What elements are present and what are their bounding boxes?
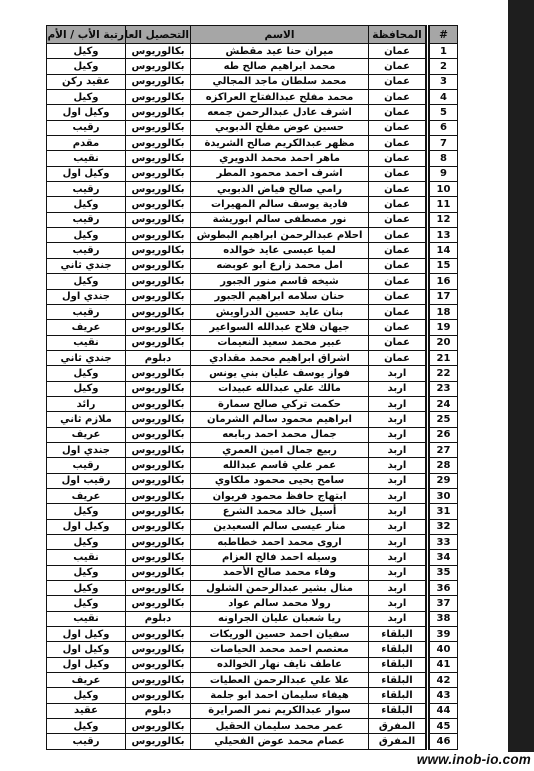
cell-name: نور مصطفى سالم ابوريشة: [191, 212, 369, 227]
cell-education: دبلوم: [126, 611, 191, 626]
cell-education: دبلوم: [126, 350, 191, 365]
table-row: 10 عمان رامي صالح فياض الدبوبي بكالوريوس…: [47, 182, 458, 197]
cell-name: اروى محمد احمد خطاطبه: [191, 535, 369, 550]
table-row: 23 اربد مالك علي عبدالله عبيدات بكالوريو…: [47, 381, 458, 396]
cell-name: ابتهاج حافظ محمود فريوان: [191, 488, 369, 503]
cell-education: بكالوريوس: [126, 581, 191, 596]
cell-governorate: اربد: [369, 473, 428, 488]
header-name: الاسم: [191, 26, 369, 44]
cell-name: رامي صالح فياض الدبوبي: [191, 182, 369, 197]
cell-governorate: اربد: [369, 381, 428, 396]
cell-rank: وكيل: [47, 688, 126, 703]
cell-rank: وكيل اول: [47, 627, 126, 642]
cell-education: بكالوريوس: [126, 627, 191, 642]
cell-number: 8: [428, 151, 458, 166]
cell-number: 39: [428, 627, 458, 642]
cell-number: 4: [428, 90, 458, 105]
cell-governorate: عمان: [369, 120, 428, 135]
cell-rank: عريف: [47, 488, 126, 503]
cell-number: 7: [428, 136, 458, 151]
cell-number: 38: [428, 611, 458, 626]
cell-education: بكالوريوس: [126, 182, 191, 197]
cell-governorate: اربد: [369, 550, 428, 565]
cell-governorate: البلقاء: [369, 673, 428, 688]
cell-education: بكالوريوس: [126, 412, 191, 427]
cell-name: منار عيسى سالم السعيدين: [191, 519, 369, 534]
cell-education: بكالوريوس: [126, 427, 191, 442]
cell-number: 46: [428, 734, 458, 750]
cell-name: علا علي عبدالرحمن العطيات: [191, 673, 369, 688]
cell-education: بكالوريوس: [126, 442, 191, 457]
table-row: 24 اربد حكمت تركي صالح سمارة بكالوريوس ر…: [47, 396, 458, 411]
cell-governorate: عمان: [369, 258, 428, 273]
cell-number: 31: [428, 504, 458, 519]
table-row: 4 عمان محمد مفلح عبدالفتاح العراكزه بكال…: [47, 90, 458, 105]
cell-education: بكالوريوس: [126, 488, 191, 503]
cell-number: 14: [428, 243, 458, 258]
table-row: 42 البلقاء علا علي عبدالرحمن العطيات بكا…: [47, 673, 458, 688]
cell-name: وفاء محمد صالح الأحمد: [191, 565, 369, 580]
cell-education: بكالوريوس: [126, 120, 191, 135]
cell-governorate: اربد: [369, 396, 428, 411]
cell-name: اشرف احمد محمود المطر: [191, 166, 369, 181]
cell-name: عمر محمد سليمان الحقيل: [191, 719, 369, 734]
cell-number: 16: [428, 274, 458, 289]
cell-number: 6: [428, 120, 458, 135]
cell-number: 43: [428, 688, 458, 703]
table-row: 21 عمان اشراق ابراهيم محمد مقدادي دبلوم …: [47, 350, 458, 365]
table-row: 43 البلقاء هيفاء سليمان احمد ابو جلمة بك…: [47, 688, 458, 703]
cell-name: هيفاء سليمان احمد ابو جلمة: [191, 688, 369, 703]
cell-education: بكالوريوس: [126, 734, 191, 750]
cell-name: حسين عوض مفلح الدبوبي: [191, 120, 369, 135]
cell-education: بكالوريوس: [126, 289, 191, 304]
cell-rank: وكيل اول: [47, 105, 126, 120]
cell-education: بكالوريوس: [126, 458, 191, 473]
cell-rank: رقيب: [47, 458, 126, 473]
cell-name: جمال محمد احمد ربابعه: [191, 427, 369, 442]
table-body: 1 عمان ميران حنا عيد مقطش بكالوريوس وكيل…: [47, 44, 458, 750]
cell-education: بكالوريوس: [126, 550, 191, 565]
cell-number: 24: [428, 396, 458, 411]
cell-number: 9: [428, 166, 458, 181]
cell-rank: وكيل: [47, 381, 126, 396]
cell-number: 42: [428, 673, 458, 688]
cell-rank: جندي ثاني: [47, 350, 126, 365]
cell-rank: رقيب: [47, 243, 126, 258]
cell-name: عاطف نايف نهار الخوالده: [191, 657, 369, 672]
cell-name: فواز يوسف عليان بني يونس: [191, 366, 369, 381]
cell-rank: رقيب: [47, 304, 126, 319]
cell-governorate: اربد: [369, 565, 428, 580]
cell-education: بكالوريوس: [126, 320, 191, 335]
header-governorate: المحافظة: [369, 26, 428, 44]
cell-number: 45: [428, 719, 458, 734]
cell-name: احلام عبدالرحمن ابراهيم البطوش: [191, 228, 369, 243]
table-row: 16 عمان شيخه قاسم منور الجبور بكالوريوس …: [47, 274, 458, 289]
cell-name: عبير محمد سعيد النعيمات: [191, 335, 369, 350]
table-row: 30 اربد ابتهاج حافظ محمود فريوان بكالوري…: [47, 488, 458, 503]
cell-governorate: عمان: [369, 44, 428, 59]
table-row: 37 اربد رولا محمد سالم عواد بكالوريوس وك…: [47, 596, 458, 611]
cell-name: جيهان فلاح عبدالله السواعير: [191, 320, 369, 335]
cell-governorate: البلقاء: [369, 627, 428, 642]
cell-rank: جندي اول: [47, 289, 126, 304]
cell-name: سفيان احمد حسين الوريكات: [191, 627, 369, 642]
cell-name: وسيله احمد فالح العزام: [191, 550, 369, 565]
cell-name: شيخه قاسم منور الجبور: [191, 274, 369, 289]
cell-number: 1: [428, 44, 458, 59]
table-header: # المحافظة الاسم التحصيل العلمى رتبة الأ…: [47, 26, 458, 44]
roster-table: # المحافظة الاسم التحصيل العلمى رتبة الأ…: [46, 25, 458, 750]
cell-name: فادية يوسف سالم المهيرات: [191, 197, 369, 212]
cell-education: بكالوريوس: [126, 136, 191, 151]
table-row: 35 اربد وفاء محمد صالح الأحمد بكالوريوس …: [47, 565, 458, 580]
cell-education: بكالوريوس: [126, 596, 191, 611]
cell-number: 36: [428, 581, 458, 596]
cell-rank: وكيل: [47, 565, 126, 580]
cell-number: 22: [428, 366, 458, 381]
cell-name: ابراهيم محمود سالم الشرمان: [191, 412, 369, 427]
cell-number: 40: [428, 642, 458, 657]
cell-governorate: عمان: [369, 166, 428, 181]
cell-governorate: المفرق: [369, 734, 428, 750]
cell-number: 34: [428, 550, 458, 565]
cell-education: بكالوريوس: [126, 688, 191, 703]
cell-governorate: اربد: [369, 611, 428, 626]
cell-name: امل محمد زارع ابو عوبضه: [191, 258, 369, 273]
cell-number: 29: [428, 473, 458, 488]
cell-number: 21: [428, 350, 458, 365]
table-row: 6 عمان حسين عوض مفلح الدبوبي بكالوريوس ر…: [47, 120, 458, 135]
cell-education: بكالوريوس: [126, 657, 191, 672]
cell-rank: وكيل: [47, 535, 126, 550]
cell-education: بكالوريوس: [126, 228, 191, 243]
cell-name: ماهر احمد محمد الدويري: [191, 151, 369, 166]
cell-number: 17: [428, 289, 458, 304]
cell-rank: رقيب: [47, 120, 126, 135]
cell-education: بكالوريوس: [126, 535, 191, 550]
cell-rank: رقيب: [47, 734, 126, 750]
header-rank: رتبة الأب / الأم: [47, 26, 126, 44]
cell-governorate: اربد: [369, 458, 428, 473]
table-row: 25 اربد ابراهيم محمود سالم الشرمان بكالو…: [47, 412, 458, 427]
cell-number: 35: [428, 565, 458, 580]
cell-rank: وكيل: [47, 228, 126, 243]
cell-number: 32: [428, 519, 458, 534]
cell-education: بكالوريوس: [126, 381, 191, 396]
cell-rank: جندي اول: [47, 442, 126, 457]
cell-governorate: عمان: [369, 105, 428, 120]
cell-rank: وكيل: [47, 581, 126, 596]
cell-education: بكالوريوس: [126, 59, 191, 74]
cell-number: 30: [428, 488, 458, 503]
cell-name: رولا محمد سالم عواد: [191, 596, 369, 611]
cell-rank: عقيد: [47, 703, 126, 718]
table-row: 9 عمان اشرف احمد محمود المطر بكالوريوس و…: [47, 166, 458, 181]
cell-number: 18: [428, 304, 458, 319]
cell-education: بكالوريوس: [126, 473, 191, 488]
table-row: 45 المفرق عمر محمد سليمان الحقيل بكالوري…: [47, 719, 458, 734]
cell-name: مالك علي عبدالله عبيدات: [191, 381, 369, 396]
cell-number: 23: [428, 381, 458, 396]
cell-education: بكالوريوس: [126, 719, 191, 734]
cell-governorate: عمان: [369, 74, 428, 89]
cell-governorate: عمان: [369, 289, 428, 304]
table-row: 2 عمان محمد ابراهيم صالح طه بكالوريوس وك…: [47, 59, 458, 74]
cell-education: بكالوريوس: [126, 197, 191, 212]
cell-rank: وكيل اول: [47, 657, 126, 672]
cell-governorate: اربد: [369, 442, 428, 457]
cell-number: 41: [428, 657, 458, 672]
cell-name: محمد ابراهيم صالح طه: [191, 59, 369, 74]
cell-governorate: اربد: [369, 519, 428, 534]
cell-rank: وكيل: [47, 366, 126, 381]
cell-rank: وكيل: [47, 197, 126, 212]
header-education: التحصيل العلمى: [126, 26, 191, 44]
cell-rank: عقيد ركن: [47, 74, 126, 89]
cell-rank: وكيل: [47, 44, 126, 59]
cell-name: ريا شعبان عليان الجراونه: [191, 611, 369, 626]
cell-governorate: اربد: [369, 366, 428, 381]
cell-governorate: عمان: [369, 228, 428, 243]
cell-name: سامح يحيى محمود ملكاوي: [191, 473, 369, 488]
cell-number: 11: [428, 197, 458, 212]
cell-education: بكالوريوس: [126, 44, 191, 59]
cell-education: بكالوريوس: [126, 90, 191, 105]
watermark-text: www.inob-io.com: [417, 752, 531, 767]
table-row: 14 عمان لميا عيسى عايد خوالده بكالوريوس …: [47, 243, 458, 258]
header-row: # المحافظة الاسم التحصيل العلمى رتبة الأ…: [47, 26, 458, 44]
table-row: 12 عمان نور مصطفى سالم ابوريشة بكالوريوس…: [47, 212, 458, 227]
cell-number: 33: [428, 535, 458, 550]
cell-education: بكالوريوس: [126, 519, 191, 534]
cell-governorate: عمان: [369, 182, 428, 197]
cell-rank: وكيل: [47, 274, 126, 289]
cell-rank: نقيب: [47, 151, 126, 166]
table-row: 7 عمان مظهر عبدالكريم صالح الشريدة بكالو…: [47, 136, 458, 151]
cell-governorate: البلقاء: [369, 688, 428, 703]
cell-education: بكالوريوس: [126, 366, 191, 381]
cell-governorate: اربد: [369, 596, 428, 611]
cell-rank: وكيل: [47, 59, 126, 74]
cell-governorate: عمان: [369, 212, 428, 227]
table-row: 17 عمان حنان سلامه ابراهيم الجبور بكالور…: [47, 289, 458, 304]
cell-name: معتصم احمد محمد الحياصات: [191, 642, 369, 657]
cell-name: لميا عيسى عايد خوالده: [191, 243, 369, 258]
cell-education: بكالوريوس: [126, 243, 191, 258]
table-row: 1 عمان ميران حنا عيد مقطش بكالوريوس وكيل: [47, 44, 458, 59]
cell-number: 3: [428, 74, 458, 89]
cell-number: 13: [428, 228, 458, 243]
cell-number: 25: [428, 412, 458, 427]
table-row: 20 عمان عبير محمد سعيد النعيمات بكالوريو…: [47, 335, 458, 350]
cell-education: بكالوريوس: [126, 166, 191, 181]
cell-rank: عريف: [47, 320, 126, 335]
cell-education: بكالوريوس: [126, 565, 191, 580]
cell-education: بكالوريوس: [126, 105, 191, 120]
table-row: 31 اربد أسيل خالد محمد الشرع بكالوريوس و…: [47, 504, 458, 519]
table-row: 46 المفرق عصام محمد عوض الفحيلي بكالوريو…: [47, 734, 458, 750]
cell-name: عمر علي قاسم عبدالله: [191, 458, 369, 473]
cell-name: بنان عايد حسين الدراويش: [191, 304, 369, 319]
table-row: 41 البلقاء عاطف نايف نهار الخوالده بكالو…: [47, 657, 458, 672]
cell-name: سوار عبدالكريم نمر الصرايرة: [191, 703, 369, 718]
cell-number: 15: [428, 258, 458, 273]
cell-governorate: البلقاء: [369, 703, 428, 718]
cell-name: مظهر عبدالكريم صالح الشريدة: [191, 136, 369, 151]
cell-rank: مقدم: [47, 136, 126, 151]
table-row: 28 اربد عمر علي قاسم عبدالله بكالوريوس ر…: [47, 458, 458, 473]
cell-education: بكالوريوس: [126, 304, 191, 319]
cell-number: 10: [428, 182, 458, 197]
table-row: 38 اربد ريا شعبان عليان الجراونه دبلوم ن…: [47, 611, 458, 626]
cell-number: 44: [428, 703, 458, 718]
cell-rank: وكيل: [47, 504, 126, 519]
cell-name: ربيع جمال امين العمري: [191, 442, 369, 457]
cell-governorate: عمان: [369, 59, 428, 74]
cell-rank: وكيل اول: [47, 519, 126, 534]
table-row: 8 عمان ماهر احمد محمد الدويري بكالوريوس …: [47, 151, 458, 166]
table-row: 13 عمان احلام عبدالرحمن ابراهيم البطوش ب…: [47, 228, 458, 243]
cell-name: عصام محمد عوض الفحيلي: [191, 734, 369, 750]
cell-education: بكالوريوس: [126, 74, 191, 89]
cell-governorate: عمان: [369, 136, 428, 151]
cell-number: 2: [428, 59, 458, 74]
cell-name: اشرف عادل عبدالرحمن جمعه: [191, 105, 369, 120]
table-row: 22 اربد فواز يوسف عليان بني يونس بكالوري…: [47, 366, 458, 381]
cell-education: بكالوريوس: [126, 274, 191, 289]
cell-name: أسيل خالد محمد الشرع: [191, 504, 369, 519]
table-row: 44 البلقاء سوار عبدالكريم نمر الصرايرة د…: [47, 703, 458, 718]
cell-rank: نقيب: [47, 611, 126, 626]
cell-governorate: اربد: [369, 504, 428, 519]
cell-governorate: اربد: [369, 427, 428, 442]
cell-education: دبلوم: [126, 703, 191, 718]
cell-rank: رائد: [47, 396, 126, 411]
cell-education: بكالوريوس: [126, 673, 191, 688]
cell-governorate: اربد: [369, 581, 428, 596]
cell-education: بكالوريوس: [126, 642, 191, 657]
cell-rank: عريف: [47, 673, 126, 688]
cell-rank: وكيل: [47, 596, 126, 611]
cell-governorate: عمان: [369, 90, 428, 105]
cell-education: بكالوريوس: [126, 151, 191, 166]
cell-rank: نقيب: [47, 335, 126, 350]
cell-governorate: المفرق: [369, 719, 428, 734]
table-row: 29 اربد سامح يحيى محمود ملكاوي بكالوريوس…: [47, 473, 458, 488]
cell-rank: عريف: [47, 427, 126, 442]
cell-governorate: عمان: [369, 243, 428, 258]
cell-rank: وكيل: [47, 90, 126, 105]
table-row: 11 عمان فادية يوسف سالم المهيرات بكالوري…: [47, 197, 458, 212]
table-row: 18 عمان بنان عايد حسين الدراويش بكالوريو…: [47, 304, 458, 319]
cell-name: حكمت تركي صالح سمارة: [191, 396, 369, 411]
cell-number: 12: [428, 212, 458, 227]
cell-governorate: البلقاء: [369, 642, 428, 657]
table-row: 3 عمان محمد سلطان ماجد المجالي بكالوريوس…: [47, 74, 458, 89]
cell-number: 28: [428, 458, 458, 473]
cell-governorate: عمان: [369, 350, 428, 365]
cell-rank: وكيل اول: [47, 166, 126, 181]
table-row: 32 اربد منار عيسى سالم السعيدين بكالوريو…: [47, 519, 458, 534]
cell-rank: رقيب اول: [47, 473, 126, 488]
table-row: 34 اربد وسيله احمد فالح العزام بكالوريوس…: [47, 550, 458, 565]
cell-name: منال بشير عبدالرحمن الشلول: [191, 581, 369, 596]
cell-name: ميران حنا عيد مقطش: [191, 44, 369, 59]
table-row: 5 عمان اشرف عادل عبدالرحمن جمعه بكالوريو…: [47, 105, 458, 120]
cell-name: اشراق ابراهيم محمد مقدادي: [191, 350, 369, 365]
cell-rank: جندي ثاني: [47, 258, 126, 273]
table-row: 40 البلقاء معتصم احمد محمد الحياصات بكال…: [47, 642, 458, 657]
table-row: 26 اربد جمال محمد احمد ربابعه بكالوريوس …: [47, 427, 458, 442]
table-row: 39 البلقاء سفيان احمد حسين الوريكات بكال…: [47, 627, 458, 642]
table-row: 33 اربد اروى محمد احمد خطاطبه بكالوريوس …: [47, 535, 458, 550]
cell-rank: رقيب: [47, 182, 126, 197]
cell-governorate: عمان: [369, 274, 428, 289]
cell-rank: وكيل اول: [47, 642, 126, 657]
cell-number: 27: [428, 442, 458, 457]
cell-education: بكالوريوس: [126, 258, 191, 273]
cell-number: 5: [428, 105, 458, 120]
cell-governorate: اربد: [369, 488, 428, 503]
cell-governorate: اربد: [369, 412, 428, 427]
cell-name: حنان سلامه ابراهيم الجبور: [191, 289, 369, 304]
cell-education: بكالوريوس: [126, 504, 191, 519]
cell-rank: رقيب: [47, 212, 126, 227]
cell-governorate: عمان: [369, 304, 428, 319]
cell-number: 19: [428, 320, 458, 335]
cell-governorate: البلقاء: [369, 657, 428, 672]
cell-rank: وكيل: [47, 719, 126, 734]
cell-governorate: عمان: [369, 320, 428, 335]
scan-edge-strip: [508, 0, 534, 752]
cell-number: 37: [428, 596, 458, 611]
cell-governorate: عمان: [369, 335, 428, 350]
cell-number: 20: [428, 335, 458, 350]
cell-governorate: اربد: [369, 535, 428, 550]
cell-governorate: عمان: [369, 197, 428, 212]
table-row: 19 عمان جيهان فلاح عبدالله السواعير بكال…: [47, 320, 458, 335]
header-number: #: [428, 26, 458, 44]
table-row: 15 عمان امل محمد زارع ابو عوبضه بكالوريو…: [47, 258, 458, 273]
table-row: 36 اربد منال بشير عبدالرحمن الشلول بكالو…: [47, 581, 458, 596]
cell-governorate: عمان: [369, 151, 428, 166]
cell-rank: نقيب: [47, 550, 126, 565]
cell-education: بكالوريوس: [126, 335, 191, 350]
cell-name: محمد مفلح عبدالفتاح العراكزه: [191, 90, 369, 105]
cell-name: محمد سلطان ماجد المجالي: [191, 74, 369, 89]
table-row: 27 اربد ربيع جمال امين العمري بكالوريوس …: [47, 442, 458, 457]
cell-education: بكالوريوس: [126, 212, 191, 227]
cell-number: 26: [428, 427, 458, 442]
cell-education: بكالوريوس: [126, 396, 191, 411]
cell-rank: ملازم ثاني: [47, 412, 126, 427]
